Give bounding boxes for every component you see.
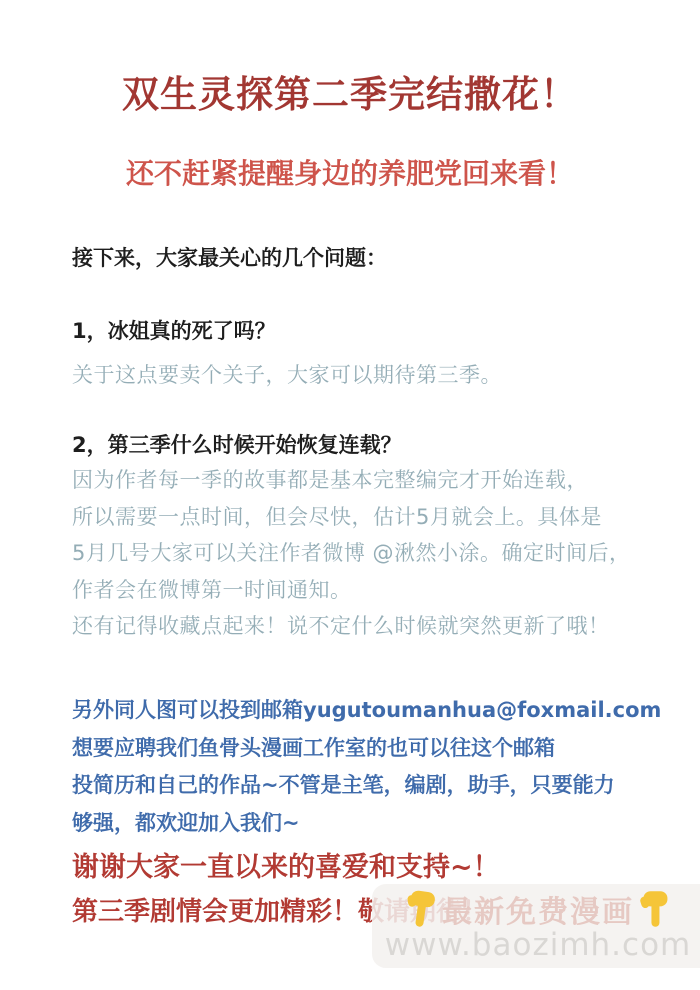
recruit-line: 想要应聘我们鱼骨头漫画工作室的也可以往这个邮箱 xyxy=(72,730,661,768)
question-2: 2，第三季什么时候开始恢复连载？ xyxy=(72,429,402,459)
pointing-down-icon xyxy=(402,887,439,931)
recruit-info: 另外同人图可以投到邮箱yugutoumanhua@foxmail.com 想要应… xyxy=(72,692,661,842)
watermark-tagline-row: 最新免费漫画 xyxy=(380,887,696,931)
answer-2-line: 作者会在微博第一时间通知。 xyxy=(72,572,631,609)
pointing-down-icon xyxy=(639,889,671,929)
announcement-page: 双生灵探第二季完结撒花！ 还不赶紧提醒身边的养肥党回来看！ 接下来，大家最关心的… xyxy=(0,0,700,990)
question-1: 1，冰姐真的死了吗？ xyxy=(72,315,276,345)
page-subtitle: 还不赶紧提醒身边的养肥党回来看！ xyxy=(0,152,700,192)
page-title: 双生灵探第二季完结撒花！ xyxy=(0,64,700,118)
answer-2-line: 所以需要一点时间，但会尽快，估计5月就会上。具体是 xyxy=(72,499,631,536)
answer-2-line: 因为作者每一季的故事都是基本完整编完才开始连载， xyxy=(72,462,631,499)
recruit-line: 投简历和自己的作品~不管是主笔，编剧，助手，只要能力 xyxy=(72,767,661,805)
site-watermark: 最新免费漫画 www.baozimh.com xyxy=(372,884,700,968)
recruit-line: 够强，都欢迎加入我们~ xyxy=(72,805,661,843)
answer-2: 因为作者每一季的故事都是基本完整编完才开始连载， 所以需要一点时间，但会尽快，估… xyxy=(72,462,631,645)
intro-text: 接下来，大家最关心的几个问题： xyxy=(72,242,387,272)
recruit-line-email: 另外同人图可以投到邮箱yugutoumanhua@foxmail.com xyxy=(72,692,661,730)
thanks-text: 谢谢大家一直以来的喜爱和支持~！ xyxy=(72,845,500,884)
answer-2-line: 还有记得收藏点起来！说不定什么时候就突然更新了哦！ xyxy=(72,608,631,645)
answer-2-line: 5月几号大家可以关注作者微博 @湫然小涂。确定时间后， xyxy=(72,535,631,572)
watermark-tagline: 最新免费漫画 xyxy=(442,887,634,931)
answer-1: 关于这点要卖个关子，大家可以期待第三季。 xyxy=(72,359,502,389)
watermark-url: www.baozimh.com xyxy=(380,927,696,963)
